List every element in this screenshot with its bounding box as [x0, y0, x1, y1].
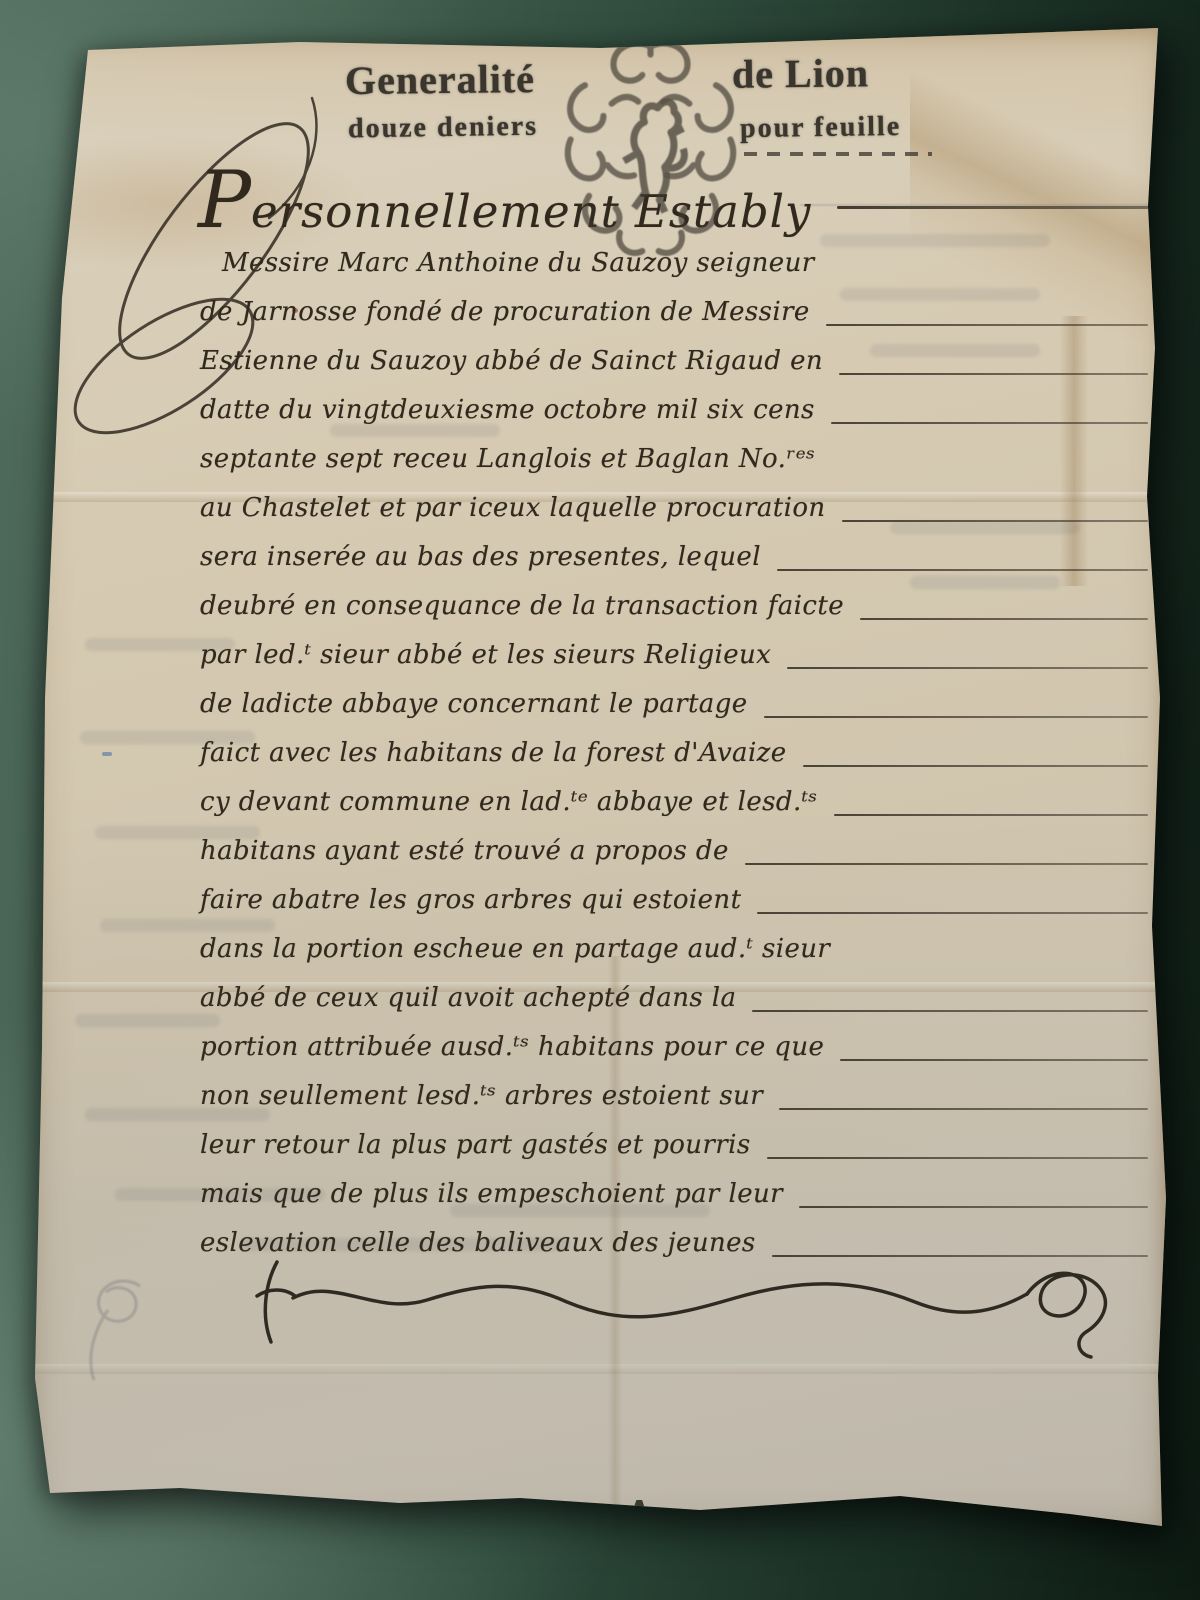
manuscript-body: Messire Marc Anthoine du Sauzoy seigneur… [200, 248, 1152, 1277]
stamp-left-subtitle: douze deniers [348, 111, 539, 146]
stamp-right-title: de Lion [732, 49, 870, 97]
show-through-line [75, 1014, 220, 1027]
manuscript-photo: Generalité de Lion douze deniers pour fe… [0, 0, 1200, 1600]
stamp-left-title: Generalité [345, 55, 535, 104]
manuscript-line: faict avec les habitans de la forest d'A… [200, 738, 1152, 787]
manuscript-line: mais que de plus ils empeschoient par le… [200, 1179, 1152, 1228]
manuscript-line: deubré en consequance de la transaction … [200, 591, 1152, 640]
manuscript-line: Estienne du Sauzoy abbé de Sainct Rigaud… [200, 346, 1152, 395]
manuscript-line: faire abatre les gros arbres qui estoien… [200, 885, 1152, 934]
heading-trailing-rule [837, 206, 1170, 209]
manuscript-line: datte du vingtdeuxiesme octobre mil six … [200, 395, 1152, 444]
closing-squiggle-paraph-icon [215, 1254, 1125, 1354]
manuscript-line: de ladicte abbaye concernant le partage [200, 689, 1152, 738]
lion-rampant-foliate-stamp-icon [558, 32, 743, 247]
paper-sheet: Generalité de Lion douze deniers pour fe… [30, 26, 1170, 1532]
ink-speck-blue [102, 752, 112, 756]
manuscript-line: habitans ayant esté trouvé a propos de [200, 836, 1152, 885]
manuscript-line: de Jarnosse fondé de procuration de Mess… [200, 297, 1152, 346]
manuscript-line: cy devant commune en lad.ᵗᵉ abbaye et le… [200, 787, 1152, 836]
paper-surface: Generalité de Lion douze deniers pour fe… [30, 26, 1170, 1532]
manuscript-line: au Chastelet et par iceux laquelle procu… [200, 493, 1152, 542]
manuscript-line: septante sept receu Langlois et Baglan N… [200, 444, 1152, 493]
show-through-paraph-icon [70, 1266, 170, 1386]
manuscript-line: portion attribuée ausd.ᵗˢ habitans pour … [200, 1032, 1152, 1081]
manuscript-line: leur retour la plus part gastés et pourr… [200, 1130, 1152, 1179]
manuscript-line: abbé de ceux quil avoit achepté dans la [200, 983, 1152, 1032]
fold-crease-bottom [30, 1364, 1170, 1374]
manuscript-line: sera inserée au bas des presentes, leque… [200, 542, 1152, 591]
bottom-edge-tear [626, 1500, 652, 1530]
manuscript-line: dans la portion escheue en partage aud.ᵗ… [200, 934, 1152, 983]
manuscript-line: par led.ᵗ sieur abbé et les sieurs Relig… [200, 640, 1152, 689]
manuscript-line: Messire Marc Anthoine du Sauzoy seigneur [200, 248, 1152, 297]
stamp-right-subtitle: pour feuille [740, 111, 902, 145]
manuscript-line: non seullement lesd.ᵗˢ arbres estoient s… [200, 1081, 1152, 1130]
